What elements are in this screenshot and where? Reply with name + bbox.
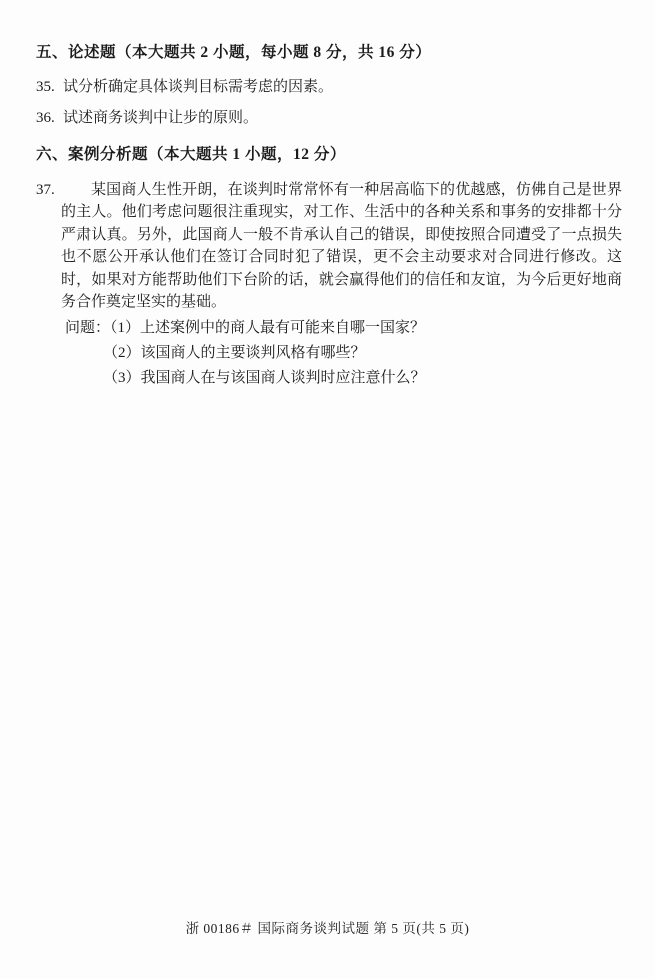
- exam-page: 五、论述题（本大题共 2 小题，每小题 8 分，共 16 分） 35. 试分析确…: [36, 42, 622, 391]
- question-35-text: 试分析确定具体谈判目标需考虑的因素。: [63, 77, 333, 97]
- section-6: 六、案例分析题（本大题共 1 小题，12 分） 37. 某国商人生性开朗，在谈判…: [36, 144, 622, 391]
- question-35-number: 35.: [36, 77, 63, 97]
- question-37-content: 某国商人生性开朗，在谈判时常常怀有一种居高临下的优越感，仿佛自己是世界的主人。他…: [61, 179, 622, 391]
- case-question-1: 问题：（1）上述案例中的商人最有可能来自哪一国家？: [65, 316, 622, 341]
- question-36: 36. 试述商务谈判中让步的原则。: [36, 108, 622, 128]
- case-description: 某国商人生性开朗，在谈判时常常怀有一种居高临下的优越感，仿佛自己是世界的主人。他…: [61, 179, 622, 313]
- page-footer: 浙 00186＃ 国际商务谈判试题 第 5 页(共 5 页): [0, 917, 655, 937]
- question-37-number: 37.: [36, 179, 61, 391]
- question-36-text: 试述商务谈判中让步的原则。: [63, 108, 258, 128]
- question-37: 37. 某国商人生性开朗，在谈判时常常怀有一种居高临下的优越感，仿佛自己是世界的…: [36, 179, 622, 391]
- question-36-number: 36.: [36, 108, 63, 128]
- case-question-2: （2）该国商人的主要谈判风格有哪些？: [65, 341, 622, 366]
- case-question-3: （3）我国商人在与该国商人谈判时应注意什么？: [65, 366, 622, 391]
- case-question-1-text: （1）上述案例中的商人最有可能来自哪一国家？: [110, 320, 425, 336]
- case-questions: 问题：（1）上述案例中的商人最有可能来自哪一国家？ （2）该国商人的主要谈判风格…: [61, 316, 622, 391]
- question-35: 35. 试分析确定具体谈判目标需考虑的因素。: [36, 77, 622, 97]
- section-6-heading: 六、案例分析题（本大题共 1 小题，12 分）: [36, 144, 622, 165]
- case-questions-label: 问题：: [65, 320, 110, 336]
- section-5-heading: 五、论述题（本大题共 2 小题，每小题 8 分，共 16 分）: [36, 42, 622, 63]
